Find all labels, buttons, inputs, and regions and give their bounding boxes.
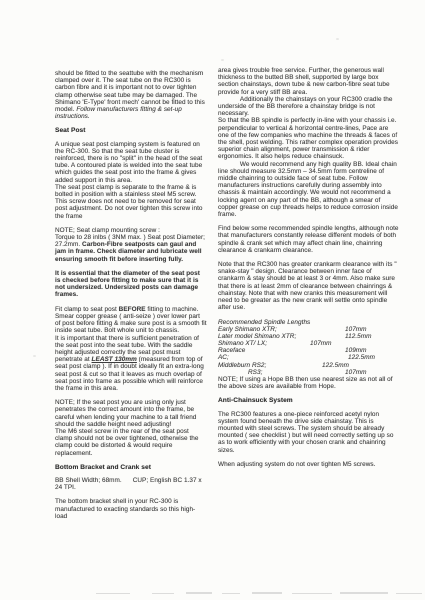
paragraph-note-hope: NOTE; If using a Hope BB then use neares…	[218, 376, 400, 390]
left-column: should be fitted to the seattube with th…	[55, 70, 207, 527]
spindle-length-table: Recommended Spindle Lengths Early Shiman…	[218, 319, 400, 377]
heading-bottom-bracket: Bottom Bracket and Crank set	[55, 464, 207, 471]
spindle-name: RS3;	[218, 369, 262, 376]
spindle-value: 107mm	[310, 340, 332, 347]
paragraph-front-mech: should be fitted to the seattube with th…	[55, 70, 207, 120]
paragraph-essential-warning: It is essential that the diameter of the…	[55, 270, 207, 299]
spindle-value: 107mm	[345, 369, 367, 376]
paragraph-anti-chainsuck: The RC300 features a one-piece reinforce…	[218, 411, 400, 454]
paragraph-spindle-intro: Find below some recommended spindle leng…	[218, 225, 400, 254]
spindle-name: Later model Shimano XTR;	[218, 333, 296, 340]
spindle-value: 107mm	[345, 326, 367, 333]
table-row: RS3;107mm	[218, 369, 400, 376]
table-row: Shimano XT/ LX;107mm	[218, 340, 400, 347]
scan-artifact	[252, 592, 282, 594]
heading-anti-chainsuck: Anti-Chainsuck System	[218, 397, 400, 404]
table-row: Later model Shimano XTR;112.5mm	[218, 333, 400, 340]
paragraph-note-clamp-screw: NOTE; Seat clamp mounting screw : Torque…	[55, 227, 207, 263]
heading-seat-post: Seat Post	[55, 127, 207, 134]
scan-artifact	[340, 592, 388, 594]
table-row: Middleburn RS2;122.5mm	[218, 362, 400, 369]
spindle-name: Early Shimano XTR;	[218, 326, 277, 333]
spindle-value: 112.5mm	[345, 333, 372, 340]
scan-artifact	[292, 593, 332, 594]
paragraph-bb-intro: The bottom bracket shell in your RC-300 …	[55, 498, 207, 520]
spindle-table-rows: Early Shimano XTR;107mm Later model Shim…	[218, 326, 400, 376]
scan-artifact	[336, 38, 339, 40]
scan-artifact	[152, 593, 174, 594]
spindle-value: 122.5mm	[322, 362, 349, 369]
fit-clamp-before: BEFORE	[119, 306, 146, 313]
table-row: Early Shimano XTR;107mm	[218, 326, 400, 333]
scan-artifact	[222, 593, 240, 594]
scan-artifact	[96, 593, 130, 594]
scan-artifact	[33, 355, 36, 357]
spindle-name: Middleburn RS2;	[218, 362, 266, 369]
paragraph-fit-clamp: Fit clamp to seat post BEFORE fitting to…	[55, 306, 207, 392]
paragraph-note-seat-post: NOTE; If the seat post you are using onl…	[55, 399, 207, 457]
paragraph-seat-post: A unique seat post clamping system is fe…	[55, 141, 207, 220]
manual-page: should be fitted to the seattube with th…	[0, 0, 425, 600]
paragraph-bb-specs: BB Shell Width; 68mm. CUP; English BC 1.…	[55, 477, 207, 491]
scan-artifact	[186, 592, 212, 594]
spindle-name: AC;	[218, 354, 229, 361]
spindle-value: 122.5mm	[348, 354, 375, 361]
paragraph-bb-continued: area gives trouble free service. Further…	[218, 67, 400, 218]
paragraph-crankarm-clearance: Note that the RC300 has greater crankarm…	[218, 261, 400, 311]
paragraph-adjusting-note: When adjusting system do not over tighte…	[218, 461, 400, 468]
fit-clamp-text-2: fitting to machine. Smear copper grease …	[55, 306, 207, 363]
fit-clamp-text-1: Fit clamp to seat post	[55, 306, 119, 313]
table-row: AC;122.5mm	[218, 354, 400, 361]
scanned-manual-page: { "page": { "background_color": "#fcfcfa…	[0, 0, 425, 600]
scan-artifact	[396, 593, 422, 594]
scan-artifact	[221, 59, 224, 61]
right-column: area gives trouble free service. Further…	[218, 67, 400, 475]
spindle-table-title: Recommended Spindle Lengths	[218, 319, 400, 326]
